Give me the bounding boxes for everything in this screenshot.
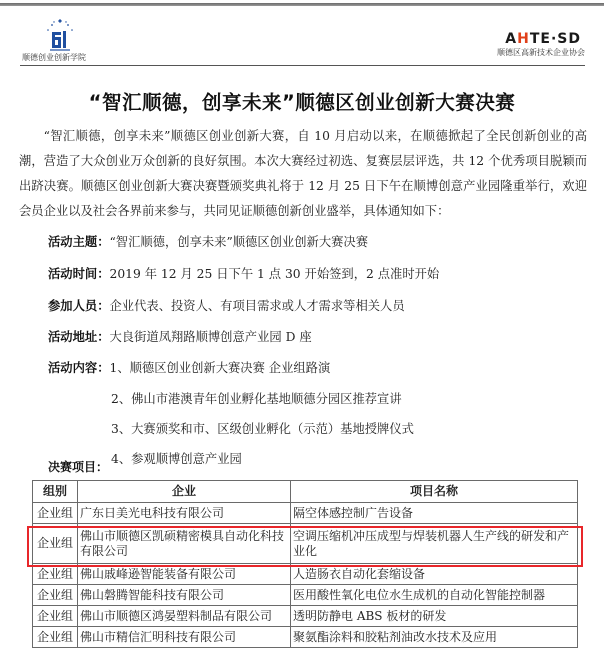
academy-logo: 顺德创业创新学院 (22, 18, 132, 64)
detail-value: 1、顺德区创业创新大赛决赛 企业组路演 (110, 361, 331, 375)
detail-value: 企业代表、投资人、有项目需求或人才需求等相关人员 (110, 299, 405, 313)
cell-group: 企业组 (33, 606, 78, 627)
table-row: 企业组 佛山市精信汇明科技有限公司 聚氨酯涂料和胶粘剂油改水技术及应用 (33, 627, 578, 648)
detail-label: 活动时间： (48, 267, 110, 281)
cell-project: 空调压缩机冲压成型与焊装机器人生产线的研发和产业化 (291, 524, 578, 564)
table-row: 企业组 佛山市顺德区鸿晏塑料制品有限公司 透明防静电 ABS 板材的研发 (33, 606, 578, 627)
cell-company: 佛山戚峰逊智能装备有限公司 (78, 564, 291, 585)
cell-project: 透明防静电 ABS 板材的研发 (291, 606, 578, 627)
cell-group: 企业组 (33, 585, 78, 606)
agenda-item-4: 4、参观顺博创意产业园 (111, 449, 242, 467)
column-header-group: 组别 (33, 481, 78, 503)
cell-company: 佛山市精信汇明科技有限公司 (78, 627, 291, 648)
detail-value: 2019 年 12 月 25 日下午 1 点 30 开始签到，2 点准时开始 (110, 267, 440, 281)
detail-label: 参加人员： (48, 299, 110, 313)
agenda-item-2: 2、佛山市港澳青年创业孵化基地顺德分园区推荐宣讲 (111, 389, 402, 407)
detail-value: “智汇顺德，创享未来”顺德区创业创新大赛决赛 (110, 235, 369, 249)
finals-table: 组别 企业 项目名称 企业组 广东日美光电科技有限公司 隔空体感控制广告设备 企… (32, 480, 578, 648)
top-border-band (0, 3, 604, 6)
cell-group: 企业组 (33, 627, 78, 648)
table-header-row: 组别 企业 项目名称 (33, 481, 578, 503)
association-name: 顺德区高新技术企业协会 (455, 47, 585, 58)
detail-content: 活动内容：1、顺德区创业创新大赛决赛 企业组路演 (48, 358, 330, 376)
cell-project: 医用酸性氧化电位水生成机的自动化智能控制器 (291, 585, 578, 606)
document-header: 顺德创业创新学院 AHTE·SD 顺德区高新技术企业协会 (20, 18, 585, 66)
finals-section-label: 决赛项目： (48, 458, 108, 475)
academy-name: 顺德创业创新学院 (22, 52, 86, 63)
table-row: 企业组 广东日美光电科技有限公司 隔空体感控制广告设备 (33, 503, 578, 524)
academy-logo-icon (30, 18, 90, 52)
detail-theme: 活动主题：“智汇顺德，创享未来”顺德区创业创新大赛决赛 (48, 232, 368, 250)
detail-value: 大良街道凤翔路顺博创意产业园 D 座 (110, 330, 312, 344)
document-title: “智汇顺德，创享未来”顺德区创业创新大赛决赛 (0, 87, 604, 115)
brand-text-prefix: A (505, 31, 517, 47)
column-header-project: 项目名称 (291, 481, 578, 503)
cell-group: 企业组 (33, 503, 78, 524)
detail-attendees: 参加人员：企业代表、投资人、有项目需求或人才需求等相关人员 (48, 296, 405, 314)
cell-project: 聚氨酯涂料和胶粘剂油改水技术及应用 (291, 627, 578, 648)
cell-company: 佛山市顺德区凯硕精密模具自动化科技有限公司 (78, 524, 291, 564)
agenda-item-3: 3、大赛颁奖和市、区级创业孵化（示范）基地授牌仪式 (111, 419, 414, 437)
table-row-highlighted: 企业组 佛山市顺德区凯硕精密模具自动化科技有限公司 空调压缩机冲压成型与焊装机器… (33, 524, 578, 564)
cell-company: 佛山磐腾智能科技有限公司 (78, 585, 291, 606)
table-row: 企业组 佛山戚峰逊智能装备有限公司 人造肠衣自动化套缩设备 (33, 564, 578, 585)
cell-group: 企业组 (33, 524, 78, 564)
brand-text-accent: H (517, 31, 530, 47)
column-header-company: 企业 (78, 481, 291, 503)
detail-label: 活动内容： (48, 361, 110, 375)
detail-time: 活动时间：2019 年 12 月 25 日下午 1 点 30 开始签到，2 点准… (48, 264, 439, 282)
detail-address: 活动地址：大良街道凤翔路顺博创意产业园 D 座 (48, 327, 312, 345)
cell-project: 隔空体感控制广告设备 (291, 503, 578, 524)
cell-group: 企业组 (33, 564, 78, 585)
cell-company: 广东日美光电科技有限公司 (78, 503, 291, 524)
detail-label: 活动主题： (48, 235, 110, 249)
detail-label: 活动地址： (48, 330, 110, 344)
brand-text-suffix: TE·SD (530, 31, 581, 47)
cell-project: 人造肠衣自动化套缩设备 (291, 564, 578, 585)
table-row: 企业组 佛山磐腾智能科技有限公司 医用酸性氧化电位水生成机的自动化智能控制器 (33, 585, 578, 606)
association-brand-mark: AHTE·SD (455, 32, 585, 47)
cell-company: 佛山市顺德区鸿晏塑料制品有限公司 (78, 606, 291, 627)
association-logo: AHTE·SD 顺德区高新技术企业协会 (455, 32, 585, 64)
intro-paragraph: “智汇顺德，创享未来”顺德区创业创新大赛，自 10 月启动以来，在顺德掀起了全民… (19, 124, 587, 224)
